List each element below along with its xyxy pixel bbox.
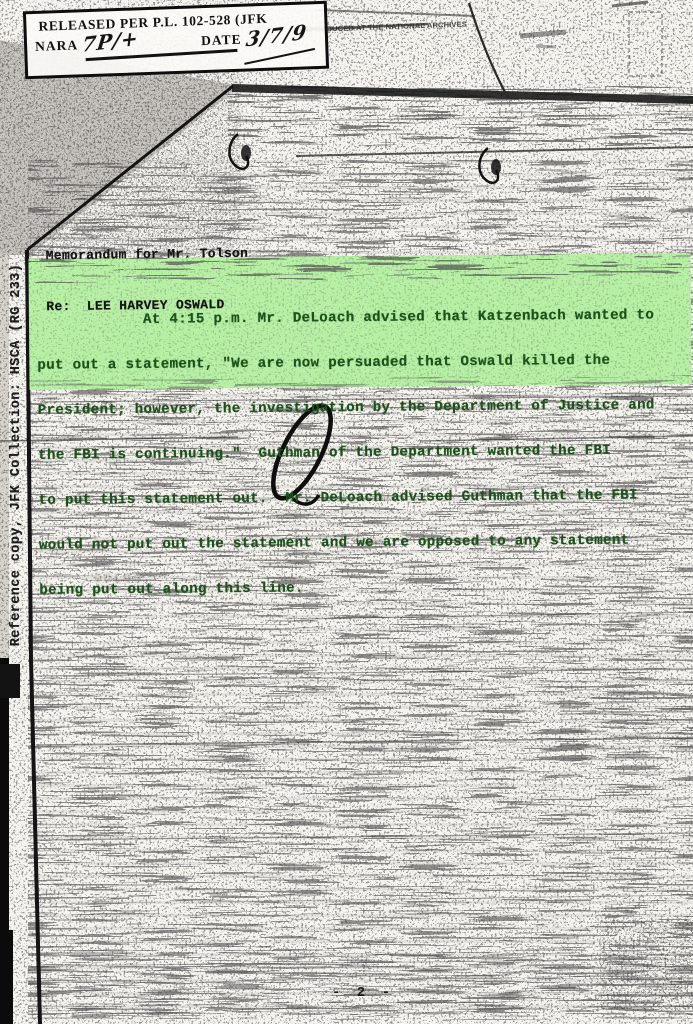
- left-black-band: [0, 658, 20, 1024]
- top-right-artifacts: [300, 2, 662, 94]
- date-label: DATE: [201, 32, 242, 48]
- margin-note: Reference copy, JFK Collection: HSCA (RG…: [9, 247, 29, 663]
- memo-heading: Memorandum for Mr. Tolson Re: LEE HARVEY…: [45, 211, 249, 349]
- nara-handwriting: 7P/+: [81, 33, 139, 50]
- top-band-noise: [228, 86, 693, 146]
- handwritten-strike-line: [244, 48, 315, 65]
- memo-line-2: Re: LEE HARVEY OSWALD: [46, 296, 249, 315]
- highlight-line: would not put out the statement and we a…: [39, 533, 693, 554]
- scanned-memo-page: RELEASED PER P.L. 102-528 (JFK NARA 7P/+…: [0, 0, 693, 1024]
- date-handwriting: 3/7/9: [245, 27, 307, 45]
- highlight-line: the FBI is continuing." Guthman of the D…: [38, 443, 692, 464]
- nara-label: NARA: [35, 37, 78, 53]
- release-stamp: RELEASED PER P.L. 102-528 (JFK NARA 7P/+…: [23, 1, 329, 80]
- page-number: - 2 -: [308, 985, 418, 1001]
- highlight-line: put out a statement, "We are now persuad…: [37, 353, 691, 374]
- highlight-line: to put this statement out. Mr. DeLoach a…: [38, 488, 692, 509]
- highlight-line: being put out along this line.: [39, 578, 693, 599]
- left-margin-strip: [0, 255, 9, 660]
- highlight-line: President; however, the investigation by…: [38, 398, 692, 419]
- memo-line-1: Memorandum for Mr. Tolson: [46, 245, 249, 264]
